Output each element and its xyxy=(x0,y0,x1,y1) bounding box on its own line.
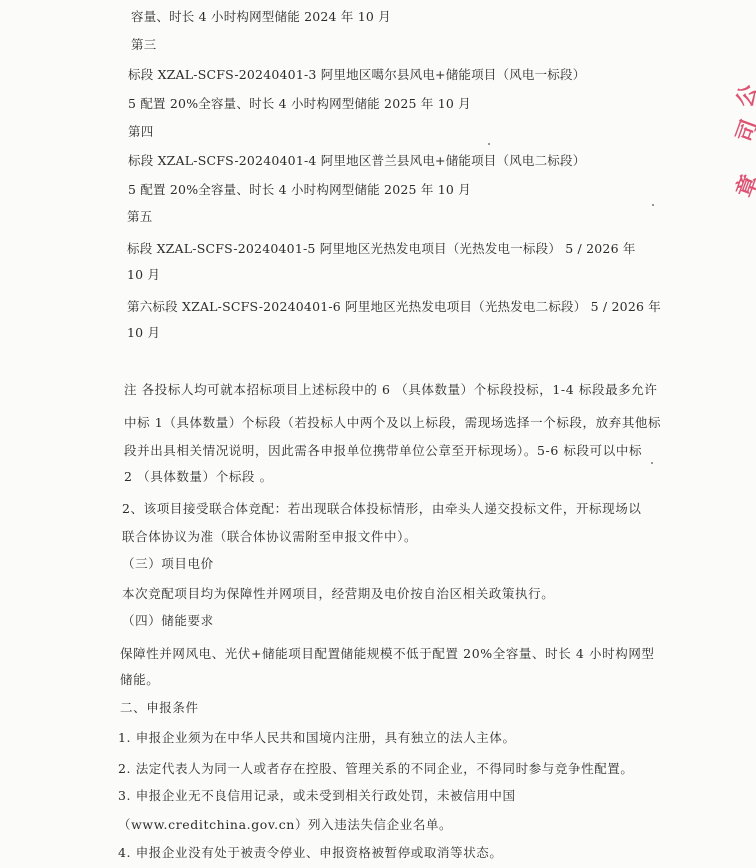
segment-4-title: 标段 XZAL-SCFS-20240401-4 阿里地区普兰县风电+储能项目（风… xyxy=(128,151,585,169)
segment-label-5: 第五 xyxy=(127,207,152,225)
consortium-line-2: 联合体协议为准（联合体协议需附至申报文件中）。 xyxy=(122,527,417,545)
condition-1: 1. 申报企业须为在中华人民共和国境内注册，具有独立的法人主体。 xyxy=(118,728,516,746)
stamp-glyph: 章 xyxy=(728,170,756,201)
scan-speck xyxy=(652,204,654,206)
document-page: 容量、时长 4 小时构网型储能 2024 年 10 月 第三 标段 XZAL-S… xyxy=(0,0,756,868)
segment-3-title: 标段 XZAL-SCFS-20240401-3 阿里地区噶尔县风电+储能项目（风… xyxy=(128,65,585,83)
section-conditions-heading: 二、申报条件 xyxy=(120,698,199,716)
section-price-text: 本次竞配项目均为保障性并网项目，经营期及电价按自治区相关政策执行。 xyxy=(122,584,554,602)
stamp-glyph: 司 xyxy=(728,115,756,146)
segment-4-detail: 5 配置 20%全容量、时长 4 小时构网型储能 2025 年 10 月 xyxy=(128,180,471,198)
condition-2: 2. 法定代表人为同一人或者存在控股、管理关系的不同企业，不得同时参与竞争性配置… xyxy=(118,759,634,777)
condition-3-url: （www.creditchina.gov.cn）列入违法失信企业名单。 xyxy=(118,815,452,833)
consortium-line-1: 2、该项目接受联合体竞配：若出现联合体投标情形，由牵头人递交投标文件，开标现场以 xyxy=(122,499,641,517)
stamp-glyph: 公 xyxy=(728,80,756,111)
scan-speck xyxy=(488,143,490,145)
segment-5-month: 10 月 xyxy=(127,265,160,283)
condition-3: 3. 申报企业无不良信用记录，或未受到相关行政处罚，未被信用中国 xyxy=(118,786,516,804)
segment-6-month: 10 月 xyxy=(127,323,160,341)
segment-label-3: 第三 xyxy=(131,35,156,53)
segment-5-title: 标段 XZAL-SCFS-20240401-5 阿里地区光热发电项目（光热发电一… xyxy=(127,239,636,257)
table-continuation-line: 容量、时长 4 小时构网型储能 2024 年 10 月 xyxy=(131,7,391,25)
note-line-1: 注 各投标人均可就本招标项目上述标段中的 6 （具体数量）个标段投标，1-4 标… xyxy=(124,380,657,398)
section-storage-text-1: 保障性并网风电、光伏+储能项目配置储能规模不低于配置 20%全容量、时长 4 小… xyxy=(120,644,655,662)
section-storage-text-2: 储能。 xyxy=(120,670,159,688)
segment-3-detail: 5 配置 20%全容量、时长 4 小时构网型储能 2025 年 10 月 xyxy=(128,94,471,112)
red-seal-stamp: 公 司 章 xyxy=(735,70,756,230)
note-line-3: 段并出具相关情况说明，因此需各申报单位携带单位公章至开标现场）。5-6 标段可以… xyxy=(124,441,642,459)
section-storage-heading: （四）储能要求 xyxy=(122,611,214,629)
segment-label-4: 第四 xyxy=(128,122,153,140)
section-price-heading: （三）项目电价 xyxy=(122,554,214,572)
condition-4: 4. 申报企业没有处于被责令停业、申报资格被暂停或取消等状态。 xyxy=(118,843,503,861)
scan-speck xyxy=(651,462,653,464)
note-line-4: 2 （具体数量）个标段 。 xyxy=(124,467,273,485)
segment-6-title: 第六标段 XZAL-SCFS-20240401-6 阿里地区光热发电项目（光热发… xyxy=(127,297,661,315)
note-line-2: 中标 1（具体数量）个标段（若投标人中两个及以上标段，需现场选择一个标段，放弃其… xyxy=(124,413,661,431)
